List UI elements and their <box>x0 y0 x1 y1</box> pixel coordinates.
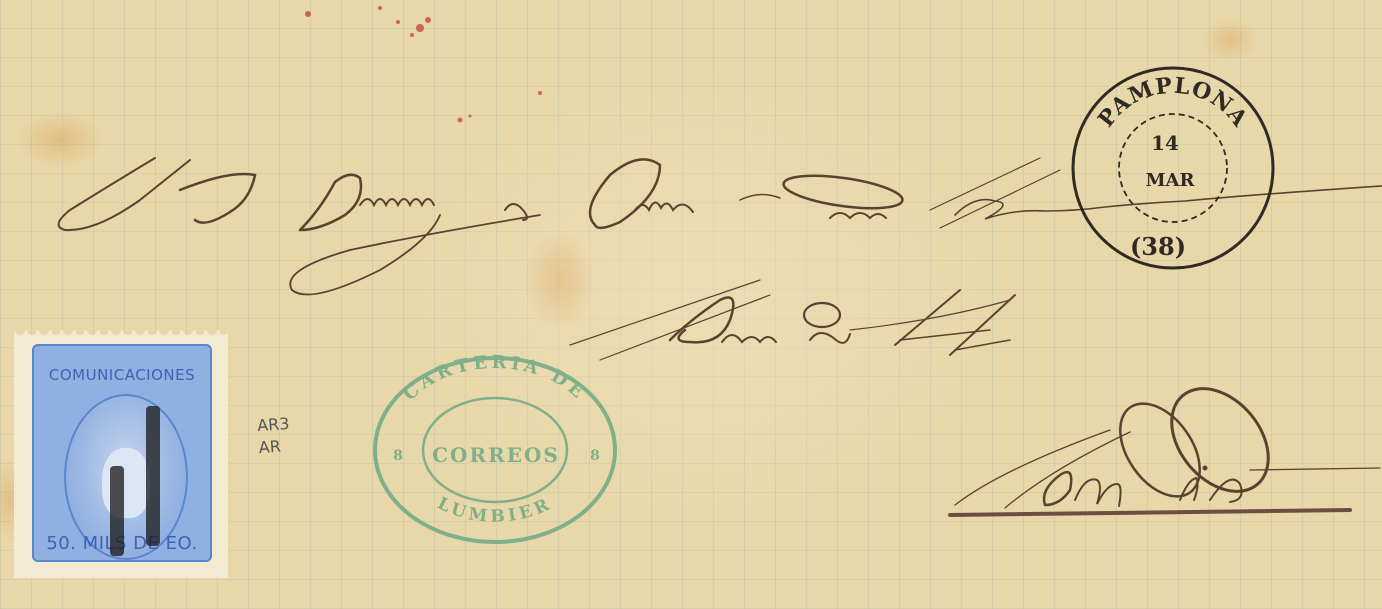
handstamp-bottom-text: LUMBIER <box>434 493 556 527</box>
pamplona-postmark: PAMPLONA 14 MAR (38) <box>1073 68 1273 268</box>
postal-cover: PAMPLONA 14 MAR (38) CARTERIA DE LUMBIER… <box>0 0 1382 609</box>
stamp-top-text: COMUNICACIONES <box>34 366 210 384</box>
handstamp-side-mark-left: 8 <box>393 448 403 464</box>
handstamp-center-text: CORREOS <box>432 443 560 467</box>
stamp-cancel-bar-right <box>146 406 160 546</box>
postage-stamp: COMUNICACIONES 50. MILS DE EO. <box>14 330 228 578</box>
address-line-2-handwriting <box>570 280 1015 360</box>
svg-text:PAMPLONA: PAMPLONA <box>1093 73 1253 133</box>
red-ink-spots <box>305 6 542 123</box>
pencil-note-line-1: AR3 <box>257 413 291 437</box>
carteria-handstamp: CARTERIA DE LUMBIER CORREOS 8 8 <box>375 352 615 542</box>
postmark-day: 14 <box>1151 131 1179 155</box>
postmark-number: (38) <box>1130 232 1186 261</box>
stamp-design: COMUNICACIONES 50. MILS DE EO. <box>32 344 212 562</box>
handstamp-side-mark-right: 8 <box>590 448 600 464</box>
postmark-town: PAMPLONA <box>1093 73 1253 133</box>
svg-text:LUMBIER: LUMBIER <box>434 493 556 527</box>
address-line-3-handwriting <box>950 370 1380 515</box>
pencil-note: AR3 AR <box>257 413 292 459</box>
pencil-note-line-2: AR <box>258 435 292 459</box>
stamp-cancel-bar-left <box>110 466 124 556</box>
postmark-month: MAR <box>1146 170 1196 191</box>
